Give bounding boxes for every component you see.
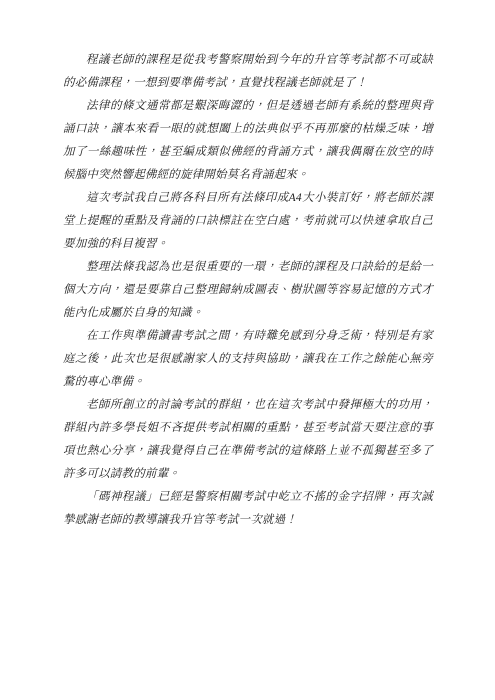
- paragraph-family-support: 在工作與準備讀書考試之間，有時難免感到分身乏術，特別是有家庭之後，此次也是很感謝…: [63, 325, 433, 394]
- paragraph-intro: 程議老師的課程是從我考警察開始到今年的升官等考試都不可或缺的必備課程，一想到要準…: [63, 49, 433, 95]
- document-page: 程議老師的課程是從我考警察開始到今年的升官等考試都不可或缺的必備課程，一想到要準…: [0, 0, 495, 700]
- paragraph-organizing-statutes: 整理法條我認為也是很重要的一環，老師的課程及口訣給的是給一個大方向，還是要靠自己…: [63, 256, 433, 325]
- paragraph-closing-thanks: 「碼神程議」已經是警察相關考試中屹立不搖的金字招牌，再次誠摯感謝老師的教導讓我升…: [63, 486, 433, 532]
- paragraph-law-mnemonics: 法律的條文通常都是艱深晦澀的，但是透過老師有系統的整理與背誦口訣，讓本來看一眼的…: [63, 95, 433, 187]
- document-text-block: 程議老師的課程是從我考警察開始到今年的升官等考試都不可或缺的必備課程，一想到要準…: [63, 49, 433, 532]
- paragraph-exam-preparation: 這次考試我自己將各科目所有法條印成A4大小裝訂好，將老師於課堂上提醒的重點及背誦…: [63, 187, 433, 256]
- paragraph-study-group: 老師所創立的討論考試的群組，也在這次考試中發揮極大的功用，群組內許多學長姐不吝提…: [63, 394, 433, 486]
